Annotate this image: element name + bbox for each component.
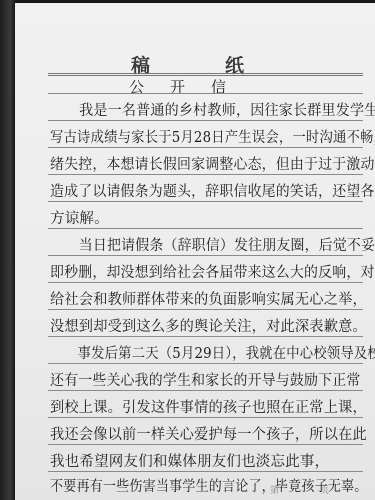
ruled-line	[48, 309, 363, 310]
ruled-line	[48, 417, 363, 418]
ruled-line	[48, 147, 363, 148]
manuscript-paper: 稿纸 公开信 我是一名普通的乡村教师，因往家长群里发学生默 写古诗成绩与家长于5…	[15, 3, 375, 500]
letter-line: 没想到却受到这么多的舆论关注，对此深表歉意。	[50, 315, 362, 336]
ruled-line	[48, 174, 363, 175]
letter-line: 不要再有一些伤害当事学生的言论了，毕竟孩子无辜。	[50, 475, 336, 496]
letter-line: 当日把请假条（辞职信）发往朋友圈，后觉不妥，随	[50, 234, 355, 255]
ruled-line	[48, 444, 363, 445]
ruled-line	[48, 336, 363, 337]
letter-line: 造成了以请假条为题头，辞职信收尾的笑话，还望各	[50, 180, 355, 201]
letter-line: 我是一名普通的乡村教师，因往家长群里发学生默	[50, 99, 358, 120]
footer-page-prefix: 第	[270, 483, 279, 496]
letter-line: 还有一些关心我的学生和家长的开导与鼓励下正常	[50, 369, 355, 390]
letter-line: 方谅解。	[50, 207, 368, 228]
letter-line: 写古诗成绩与家长于5月28日产生误会，一时沟通不畅，情	[50, 126, 343, 147]
letter-line: 事发后第二天（5月29日），我就在中心校领导及校长	[50, 342, 343, 363]
letter-line: 给社会和教师群体带来的负面影响实属无心之举，	[50, 288, 362, 309]
letter-line: 我也希望网友们和媒体朋友们也淡忘此事，	[50, 450, 368, 471]
ruled-line	[48, 471, 363, 472]
ruled-line	[48, 255, 363, 256]
letter-line: 到校上课。引发这件事情的孩子也照在正常上课，	[50, 396, 362, 417]
ruled-line	[48, 120, 363, 121]
ruled-line	[48, 390, 363, 391]
ruled-line	[48, 282, 363, 283]
letter-line: 绪失控，本想请长假回家调整心态，但由于过于激动	[50, 153, 355, 174]
header-rule	[48, 73, 363, 74]
ruled-line	[48, 93, 363, 94]
ruled-line	[48, 363, 363, 364]
letter-line: 即秒删，却没想到给社会各届带来这么大的反响，对	[50, 261, 355, 282]
ruled-line	[48, 201, 363, 202]
footer-page-suffix: 页	[320, 483, 329, 496]
ruled-line	[48, 228, 363, 229]
letter-line: 我还会像以前一样关心爱护每一个孩子，所以在此	[50, 423, 362, 444]
